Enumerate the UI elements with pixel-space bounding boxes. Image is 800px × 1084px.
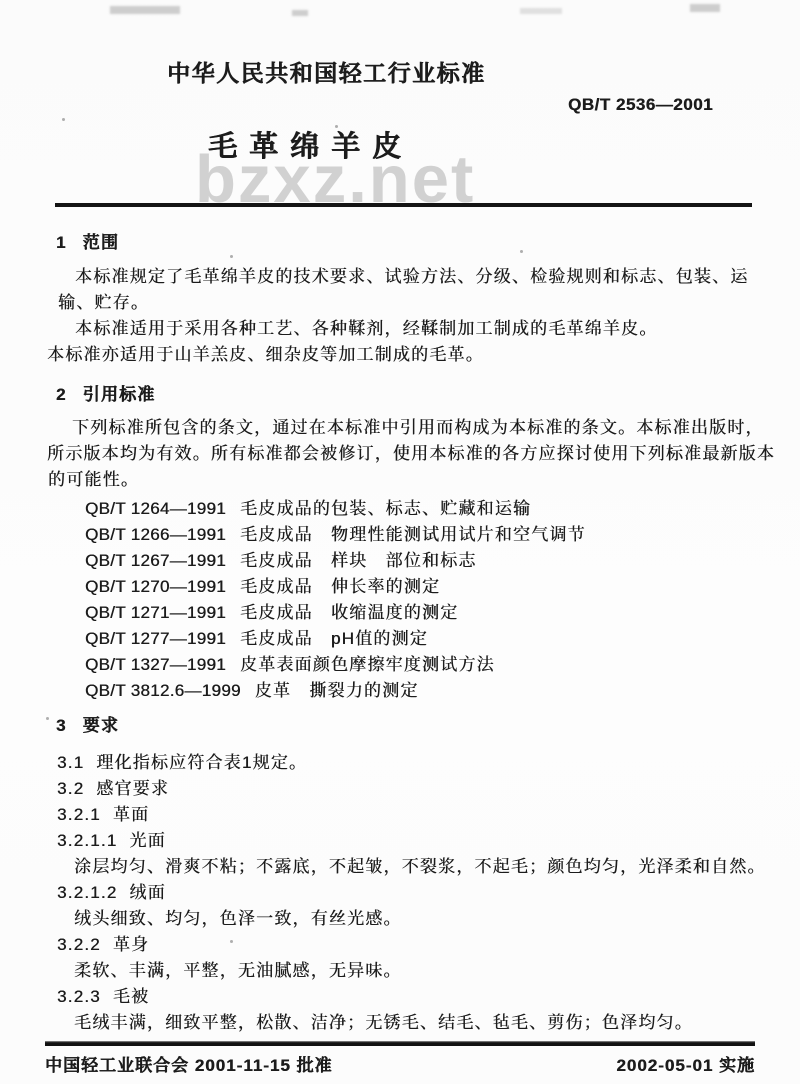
scan-smudge (520, 8, 562, 14)
section-2-heading: 2引用标准 (56, 380, 155, 405)
reference-title: 毛皮成品 pH值的测定 (240, 629, 428, 648)
reference-code: QB/T 1327—1991 (85, 655, 226, 675)
section-1-heading: 1范围 (56, 228, 119, 253)
section-2-number: 2 (56, 385, 67, 404)
clause-3-2-1-1: 3.2.1.1光面 (57, 826, 166, 851)
s1-para2: 本标准适用于采用各种工艺、各种鞣剂，经鞣制加工制成的毛革绵羊皮。 (75, 314, 657, 339)
clause-text: 感官要求 (96, 779, 169, 798)
reference-item: QB/T 1266—1991毛皮成品 物理性能测试用试片和空气调节 (85, 520, 586, 545)
clause-body: 毛绒丰满，细致平整，松散、洁净；无锈毛、结毛、毡毛、剪伤；色泽均匀。 (74, 1008, 693, 1033)
standard-code: QB/T 2536—2001 (568, 95, 713, 115)
implementation-note: 2002-05-01 实施 (616, 1051, 755, 1076)
reference-code: QB/T 1270—1991 (85, 577, 226, 597)
scan-smudge (110, 6, 180, 14)
reference-code: QB/T 3812.6—1999 (85, 681, 241, 701)
clause-number: 3.2.1.2 (57, 883, 117, 902)
clause-number: 3.1 (57, 753, 84, 772)
section-1-title: 范围 (83, 233, 119, 252)
reference-code: QB/T 1264—1991 (85, 499, 226, 519)
clause-number: 3.2.1.1 (57, 831, 117, 850)
section-3-heading: 3要求 (56, 711, 119, 736)
clause-3-2-1: 3.2.1革面 (57, 800, 149, 825)
clause-text: 毛被 (113, 987, 149, 1006)
reference-title: 皮革表面颜色摩擦牢度测试方法 (240, 655, 495, 674)
document-title: 毛革绵羊皮 (208, 124, 413, 165)
clause-number: 3.2 (57, 779, 84, 798)
scan-smudge (690, 4, 720, 12)
s1-para1-line1: 本标准规定了毛革绵羊皮的技术要求、试验方法、分级、检验规则和标志、包装、运 (75, 262, 748, 287)
clause-text: 理化指标应符合表1规定。 (96, 753, 307, 772)
reference-item: QB/T 1327—1991皮革表面颜色摩擦牢度测试方法 (85, 650, 495, 675)
reference-item: QB/T 1271—1991毛皮成品 收缩温度的测定 (85, 598, 458, 623)
header-rule (55, 203, 752, 207)
clause-3-1: 3.1理化指标应符合表1规定。 (57, 748, 307, 773)
reference-title: 毛皮成品 伸长率的测定 (240, 577, 440, 596)
section-1-number: 1 (56, 233, 67, 252)
scan-speck (46, 717, 49, 720)
reference-title: 毛皮成品的包装、标志、贮藏和运输 (240, 499, 531, 518)
clause-3-2-3: 3.2.3毛被 (57, 982, 149, 1007)
s1-para3: 本标准亦适用于山羊羔皮、细杂皮等加工制成的毛革。 (47, 340, 484, 365)
footer-rule (45, 1041, 755, 1046)
section-3-title: 要求 (83, 716, 119, 735)
reference-code: QB/T 1267—1991 (85, 551, 226, 571)
clause-text: 绒面 (129, 883, 165, 902)
reference-item: QB/T 1267—1991毛皮成品 样块 部位和标志 (85, 546, 477, 571)
clause-body: 柔软、丰满，平整，无油腻感，无异味。 (74, 956, 402, 981)
section-3-number: 3 (56, 716, 67, 735)
scan-speck (62, 118, 65, 121)
approval-note: 中国轻工业联合会 2001-11-15 批准 (45, 1051, 332, 1076)
s2-intro-line1: 下列标准所包含的条文，通过在本标准中引用而构成为本标准的条文。本标准出版时， (72, 413, 764, 438)
clause-3-2-2: 3.2.2革身 (57, 930, 149, 955)
clause-body: 绒头细致、均匀，色泽一致，有丝光感。 (74, 904, 402, 929)
reference-code: QB/T 1266—1991 (85, 525, 226, 545)
clause-3-2-1-2: 3.2.1.2绒面 (57, 878, 166, 903)
reference-title: 毛皮成品 物理性能测试用试片和空气调节 (240, 525, 586, 544)
clause-body: 涂层均匀、滑爽不粘；不露底，不起皱，不裂浆，不起毛；颜色均匀，光泽柔和自然。 (74, 852, 766, 877)
section-2-title: 引用标准 (83, 385, 156, 404)
clause-number: 3.2.3 (57, 987, 101, 1006)
s1-para1-line2: 输、贮存。 (58, 288, 149, 313)
clause-number: 3.2.1 (57, 805, 101, 824)
reference-code: QB/T 1271—1991 (85, 603, 226, 623)
reference-item: QB/T 3812.6—1999皮革 撕裂力的测定 (85, 676, 419, 701)
reference-item: QB/T 1270—1991毛皮成品 伸长率的测定 (85, 572, 440, 597)
clause-text: 革身 (113, 935, 149, 954)
scan-speck (230, 255, 233, 258)
reference-title: 皮革 撕裂力的测定 (255, 681, 419, 700)
scan-speck (230, 940, 233, 943)
scan-smudge (292, 10, 308, 16)
reference-item: QB/T 1264—1991毛皮成品的包装、标志、贮藏和运输 (85, 494, 531, 519)
s2-intro-line2: 所示版本均为有效。所有标准都会被修订，使用本标准的各方应探讨使用下列标准最新版本 (47, 439, 775, 464)
scanned-standard-page: 中华人民共和国轻工行业标准 QB/T 2536—2001 毛革绵羊皮 bzxz.… (0, 0, 800, 1084)
reference-code: QB/T 1277—1991 (85, 629, 226, 649)
clause-text: 光面 (129, 831, 165, 850)
reference-title: 毛皮成品 收缩温度的测定 (240, 603, 458, 622)
s2-intro-line3: 的可能性。 (48, 465, 139, 490)
clause-number: 3.2.2 (57, 935, 101, 954)
standard-org-line: 中华人民共和国轻工行业标准 (167, 55, 486, 88)
reference-title: 毛皮成品 样块 部位和标志 (240, 551, 477, 570)
clause-3-2: 3.2感官要求 (57, 774, 169, 799)
scan-speck (520, 250, 523, 253)
clause-text: 革面 (113, 805, 149, 824)
reference-item: QB/T 1277—1991毛皮成品 pH值的测定 (85, 624, 428, 649)
